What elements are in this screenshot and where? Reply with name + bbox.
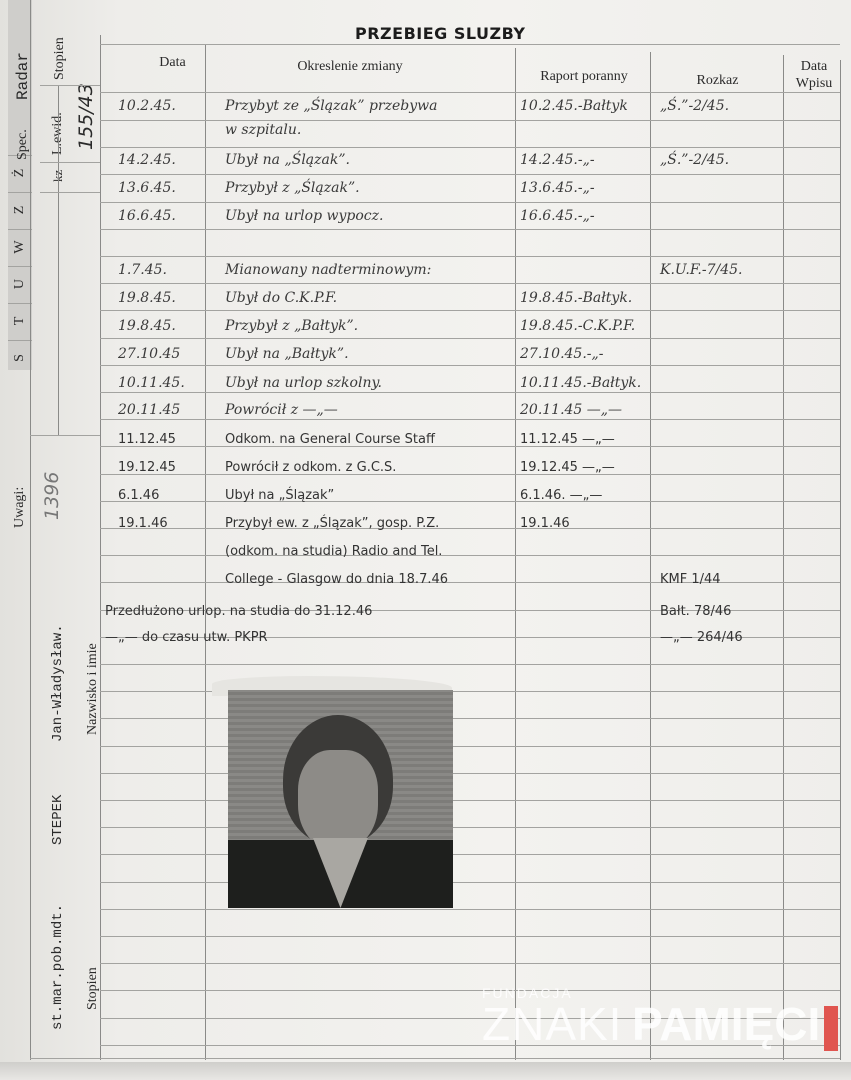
entry-order: „Ś.”-2/45. [660, 98, 729, 114]
entry-date: 19.1.46 [118, 516, 168, 531]
entry-report: 20.11.45 —„— [520, 402, 622, 418]
grid-line [100, 256, 840, 257]
grid-line [100, 582, 840, 583]
grid-line [100, 746, 840, 747]
grid-line [8, 266, 32, 267]
category-letter: Ż [12, 161, 28, 185]
grid-line [30, 0, 31, 1060]
page-edge-shadow [0, 1062, 851, 1080]
grid-line [840, 60, 841, 1060]
entry-change: Ubył na „Ślązak” [225, 488, 334, 503]
surname-value: STEPEK [50, 795, 66, 845]
entry-order: KMF 1/44 [660, 572, 721, 587]
entry-change: Powrócił z odkom. z G.C.S. [225, 460, 396, 475]
entry-report: 13.6.45.-„- [520, 180, 595, 196]
grid-line [100, 92, 840, 93]
category-letter: U [12, 272, 28, 296]
grid-line [8, 229, 32, 230]
header-raport: Raport poranny [518, 68, 650, 85]
entry-change: Ubył na urlop wypocz. [225, 208, 383, 224]
entry-change: Przybył ew. z „Ślązak”, gosp. P.Z. [225, 516, 439, 531]
entry-date: 10.11.45. [118, 375, 185, 391]
grid-line [100, 147, 840, 148]
entry-report: 11.12.45 —„— [520, 432, 615, 447]
entry-order: Bałt. 78/46 [660, 604, 731, 619]
entry-change: Ubył na urlop szkolny. [225, 375, 382, 391]
grid-line [30, 1058, 840, 1059]
entry-date: 27.10.45 [118, 346, 180, 362]
grid-line [100, 229, 840, 230]
grid-line [100, 310, 840, 311]
entry-report: 14.2.45.-„- [520, 152, 595, 168]
grid-line [100, 419, 840, 420]
entry-report: 19.12.45 —„— [520, 460, 615, 475]
grid-line [100, 555, 840, 556]
entry-order: K.U.F.-7/45. [660, 262, 742, 278]
entry-order: —„— 264/46 [660, 630, 743, 645]
entry-report: 6.1.46. —„— [520, 488, 602, 503]
first-name-value: Jan-Władysław. [50, 624, 66, 742]
watermark-znaki: ZNAKI [482, 997, 622, 1051]
grid-line [100, 827, 840, 828]
entry-date: 19.12.45 [118, 460, 176, 475]
grid-line [40, 192, 100, 193]
entry-change: Ubył na „Bałtyk”. [225, 346, 349, 362]
entry-date: 20.11.45 [118, 402, 180, 418]
watermark-accent-bar [824, 1006, 838, 1051]
grid-line [100, 474, 840, 475]
entry-date: 14.2.45. [118, 152, 176, 168]
watermark-pamieci: PAMIĘCI [632, 997, 820, 1051]
grid-line [100, 990, 840, 991]
header-okreslenie: Okreslenie zmiany [250, 58, 450, 75]
entry-report: 10.11.45.-Bałtyk. [520, 375, 641, 391]
category-letter: T [12, 309, 28, 333]
grid-line [100, 174, 840, 175]
entry-date: 1.7.45. [118, 262, 167, 278]
grid-line [100, 936, 840, 937]
grid-line [100, 446, 840, 447]
entry-change: w szpitalu. [225, 122, 301, 138]
entry-change: Powrócił z —„— [225, 402, 338, 418]
grid-line [100, 120, 840, 121]
grid-line [100, 501, 840, 502]
spec-label: Spec. [15, 129, 31, 160]
grid-line [100, 202, 840, 203]
uwagi-value: 1396 [41, 472, 63, 520]
grid-line [100, 338, 840, 339]
header-rozkaz: Rozkaz [655, 72, 780, 89]
entry-report: 19.8.45.-Bałtyk. [520, 290, 632, 306]
grid-line [100, 718, 840, 719]
grid-line [100, 963, 840, 964]
grid-line [100, 392, 840, 393]
entry-change: Odkom. na General Course Staff [225, 432, 435, 447]
lewid-value: 155/43 [75, 83, 97, 150]
rank-label: Stopien [85, 967, 101, 1010]
grid-line [100, 773, 840, 774]
entry-change: (odkom. na studia) Radio and Tel. [225, 544, 442, 559]
entry-report: 19.8.45.-C.K.P.F. [520, 318, 635, 334]
grid-line [205, 45, 206, 1060]
portrait-photo [228, 690, 453, 908]
name-label: Nazwisko i imie [85, 643, 101, 735]
entry-date: 10.2.45. [118, 98, 176, 114]
grid-line [8, 340, 32, 341]
entry-report: 10.2.45.-Bałtyk [520, 98, 628, 114]
grid-line [100, 528, 840, 529]
category-letter: W [12, 235, 28, 259]
entry-change: —„— do czasu utw. PKPR [105, 630, 268, 645]
entry-date: 16.6.45. [118, 208, 176, 224]
entry-change: Przybyt ze „Ślązak” przebywa [225, 98, 437, 114]
entry-date: 19.8.45. [118, 290, 176, 306]
entry-report: 16.6.45.-„- [520, 208, 595, 224]
category-letter: Z [12, 198, 28, 222]
entry-change: Przybył z „Bałtyk”. [225, 318, 358, 334]
grid-line [100, 691, 840, 692]
entry-date: 13.6.45. [118, 180, 176, 196]
entry-order: „Ś.”-2/45. [660, 152, 729, 168]
entry-date: 6.1.46 [118, 488, 159, 503]
entry-change: Ubył na „Ślązak”. [225, 152, 350, 168]
entry-report: 19.1.46 [520, 516, 570, 531]
entry-date: 19.8.45. [118, 318, 176, 334]
category-letter: S [12, 346, 28, 370]
grid-line [100, 909, 840, 910]
entry-change: Ubył do C.K.P.F. [225, 290, 337, 306]
entry-change: Przybył z „Ślązak”. [225, 180, 360, 196]
grid-line [58, 85, 59, 435]
grid-line [30, 435, 100, 436]
grid-line [100, 664, 840, 665]
grid-line [100, 800, 840, 801]
grid-line [40, 162, 100, 163]
grid-line [40, 85, 100, 86]
rank-value: st.mar.pob.mdt. [50, 904, 66, 1030]
entry-change: College - Glasgow do dnia 18.7.46 [225, 572, 448, 587]
grid-line [100, 854, 840, 855]
entry-change: Przedłużono urlop. na studia do 31.12.46 [105, 604, 372, 619]
grid-line [100, 35, 101, 1060]
grid-line [8, 192, 32, 193]
uwagi-label: Uwagi: [12, 487, 28, 528]
stopien-label-top: Stopien [52, 37, 68, 80]
document-title: PRZEBIEG SLUZBY [355, 24, 526, 43]
header-data-wpisu: Data Wpisu [786, 58, 842, 92]
grid-line [100, 44, 840, 45]
entry-change: Mianowany nadterminowym: [225, 262, 431, 278]
grid-line [100, 283, 840, 284]
grid-line [100, 882, 840, 883]
entry-date: 11.12.45 [118, 432, 176, 447]
grid-line [100, 365, 840, 366]
entry-report: 27.10.45.-„- [520, 346, 604, 362]
header-data: Data [140, 54, 205, 71]
grid-line [8, 303, 32, 304]
